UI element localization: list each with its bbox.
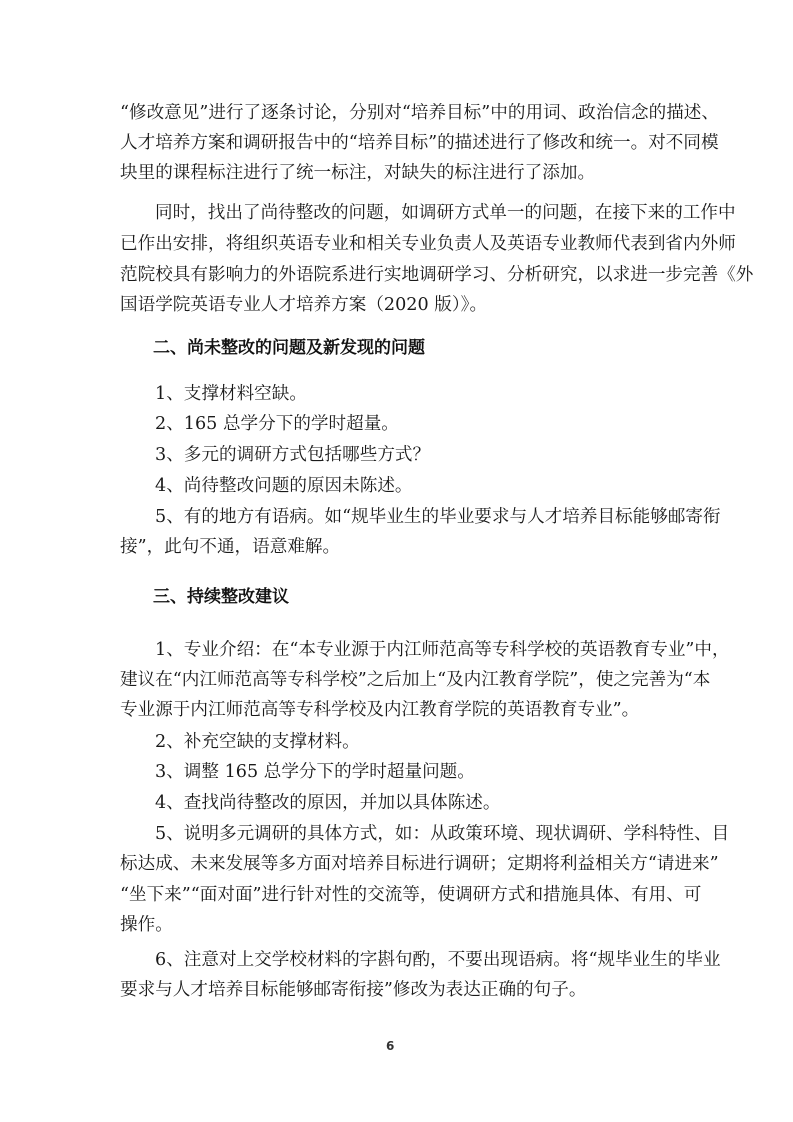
followup-line-3: 范院校具有影响力的外语院系进行实地调研学习、分析研究，以求进一步完善《外 (120, 263, 676, 287)
intro-line-3: 块里的课程标注进行了统一标注，对缺失的标注进行了添加。 (120, 161, 676, 185)
section-3-item-5-line-2: 标达成、未来发展等多方面对培养目标进行调研；定期将利益相关方“请进来” (120, 852, 676, 876)
followup-line-2: 已作出安排，将组织英语专业和相关专业负责人及英语专业教师代表到省内外师 (120, 232, 676, 256)
section-3-item-1-line-1: 1、专业介绍：在“本专业源于内江师范高等专科学校的英语教育专业”中， (155, 638, 676, 662)
section-3-item-2: 2、补充空缺的支撑材料。 (155, 730, 676, 754)
section-2-item-4: 4、尚待整改问题的原因未陈述。 (155, 474, 676, 498)
section-2-heading: 二、尚未整改的问题及新发现的问题 (153, 336, 425, 360)
document-page: “修改意见”进行了逐条讨论，分别对“培养目标”中的用词、政治信念的描述、 人才培… (0, 0, 793, 1122)
section-2-item-5-line-2: 接”，此句不通，语意难解。 (120, 535, 676, 559)
followup-line-4: 国语学院英语专业人才培养方案（2020 版）》。 (120, 293, 676, 317)
section-3-item-4: 4、查找尚待整改的原因，并加以具体陈述。 (155, 791, 676, 815)
section-3-heading: 三、持续整改建议 (153, 585, 289, 609)
section-3-item-6-line-1: 6、注意对上交学校材料的字斟句酌，不要出现语病。将“规毕业生的毕业 (155, 948, 676, 972)
page-number: 6 (386, 1038, 394, 1054)
intro-line-1: “修改意见”进行了逐条讨论，分别对“培养目标”中的用词、政治信念的描述、 (120, 101, 676, 125)
section-3-item-5-line-4: 操作。 (120, 913, 676, 937)
section-3-item-5-line-3: “坐下来”“面对面”进行针对性的交流等，使调研方式和措施具体、有用、可 (120, 883, 676, 907)
section-2-item-5-line-1: 5、有的地方有语病。如“规毕业生的毕业要求与人才培养目标能够邮寄衔 (155, 505, 676, 529)
section-2-item-2: 2、165 总学分下的学时超量。 (155, 412, 676, 436)
section-2-item-3: 3、多元的调研方式包括哪些方式？ (155, 443, 676, 467)
section-3-item-1-line-2: 建议在“内江师范高等专科学校”之后加上“及内江教育学院”，使之完善为“本 (120, 668, 676, 692)
followup-line-1: 同时，找出了尚待整改的问题，如调研方式单一的问题，在接下来的工作中 (155, 201, 676, 225)
section-3-item-1-line-3: 专业源于内江师范高等专科学校及内江教育学院的英语教育专业”。 (120, 698, 676, 722)
intro-line-2: 人才培养方案和调研报告中的“培养目标”的描述进行了修改和统一。对不同模 (120, 131, 676, 155)
section-3-item-3: 3、调整 165 总学分下的学时超量问题。 (155, 760, 676, 784)
section-3-item-6-line-2: 要求与人才培养目标能够邮寄衔接”修改为表达正确的句子。 (120, 978, 676, 1002)
section-3-item-5-line-1: 5、说明多元调研的具体方式，如：从政策环境、现状调研、学科特性、目 (155, 822, 676, 846)
section-2-item-1: 1、支撑材料空缺。 (155, 382, 676, 406)
